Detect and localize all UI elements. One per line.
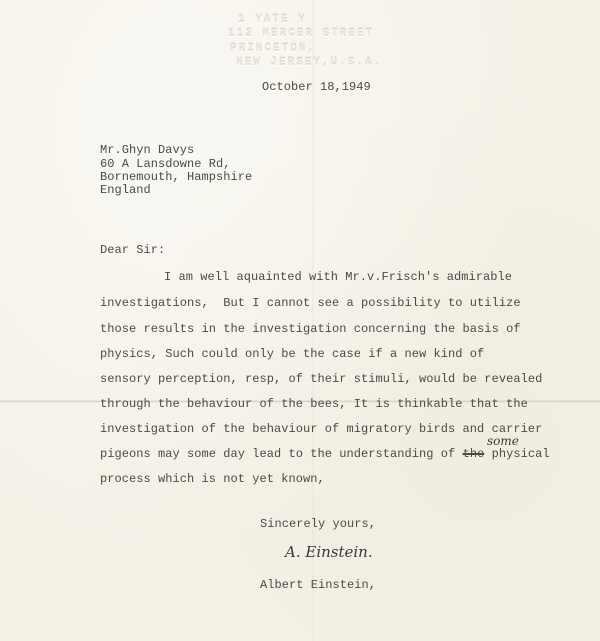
handwritten-correction: some [487,434,519,448]
letterhead-line: PRINCETON, [230,43,316,55]
body-line: through the behaviour of the bees, It is… [100,397,528,411]
body-line: those results in the investigation conce… [100,322,521,336]
recipient-street: 60 A Lansdowne Rd, [100,157,231,171]
salutation: Dear Sir: [100,243,165,257]
body-text: pigeons may some day lead to the underst… [100,447,463,461]
body-line: I am well aquainted with Mr.v.Frisch's a… [164,270,512,284]
body-line: physics, Such could only be the case if … [100,347,484,361]
recipient-name: Mr.Ghyn Davys [100,143,194,157]
body-line: investigations, But I cannot see a possi… [100,296,521,310]
signature: A. Einstein. [285,543,373,561]
body-line-with-correction: pigeons may some day lead to the underst… [100,447,550,461]
letterhead-line: 112 MERCER STREET [228,28,374,40]
letterhead-line: 1 YATE Y [238,14,307,26]
recipient-city: Bornemouth, Hampshire [100,170,252,184]
body-line: investigation of the behaviour of migrat… [100,422,542,436]
body-line: process which is not yet known, [100,472,325,486]
recipient-country: England [100,183,151,197]
closing: Sincerely yours, [260,517,376,531]
struck-word: the [463,447,485,461]
body-line: sensory perception, resp, of their stimu… [100,372,542,386]
letterhead-line: NEW JERSEY,U.S.A. [236,57,382,69]
letter-date: October 18,1949 [262,80,371,94]
typed-name: Albert Einstein, [260,578,376,592]
body-text: physical [484,447,549,461]
